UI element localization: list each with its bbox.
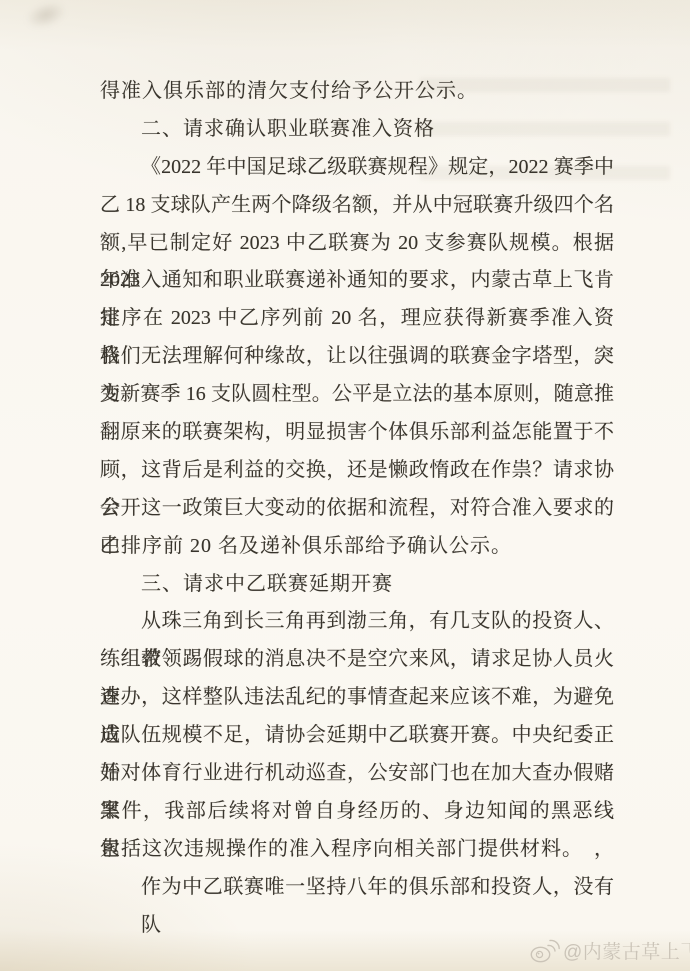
weibo-icon bbox=[529, 937, 560, 964]
text-line-20: 案件，我部后续将对曾自身经历的、身边知闻的黑恶线索， bbox=[100, 793, 614, 831]
text-line-16: 练组带领踢假球的消息决不是空穴来风，请求足协人员火速 bbox=[100, 641, 614, 679]
text-line-7: 排序在 2023 中乙序列前 20 名，理应获得新赛季准入资格。 bbox=[100, 300, 614, 338]
text-line-18: 成队伍规模不足，请协会延期中乙联赛开赛。中央纪委正开 bbox=[100, 717, 614, 755]
text-line-9: 为新赛季 16 支队圆柱型。公平是立法的基本原则，随意推 bbox=[100, 376, 614, 414]
document-text: 得准入俱乐部的清欠支付给予公开公示。二、请求确认职业联赛准入资格《2022 年中… bbox=[100, 73, 614, 907]
text-line-13: 乙排序前 20 名及递补俱乐部给予确认公示。 bbox=[100, 528, 614, 566]
text-line-2: 二、请求确认职业联赛准入资格 bbox=[100, 111, 614, 149]
text-line-11: 顾，这背后是利益的交换，还是懒政惰政在作祟？请求协会 bbox=[100, 452, 614, 490]
watermark: @内蒙古草上飞 bbox=[529, 934, 690, 966]
text-line-12: 公开这一政策巨大变动的依据和流程，对符合准入要求的中 bbox=[100, 490, 614, 528]
text-line-1: 得准入俱乐部的清欠支付给予公开公示。 bbox=[100, 73, 614, 111]
text-line-4: 乙 18 支球队产生两个降级名额，并从中冠联赛升级四个名 bbox=[100, 187, 614, 225]
text-line-17: 查办，这样整队违法乱纪的事情查起来应该不难，为避免造 bbox=[100, 679, 614, 717]
text-line-19: 始对体育行业进行机动巡查，公安部门也在加大查办假赌黑 bbox=[100, 755, 614, 793]
text-line-15: 从珠三角到长三角再到渤三角，有几支队的投资人、教 bbox=[100, 603, 614, 641]
text-line-21: 包括这次违规操作的准入程序向相关部门提供材料。 bbox=[100, 831, 614, 869]
text-line-14: 三、请求中乙联赛延期开赛 bbox=[100, 566, 614, 604]
text-line-3: 《2022 年中国足球乙级联赛规程》规定，2022 赛季中 bbox=[100, 149, 614, 187]
text-line-5: 额,早已制定好 2023 中乙联赛为 20 支参赛队规模。根据 2023 bbox=[100, 225, 614, 263]
text-line-6: 年准入通知和职业联赛递补通知的要求，内蒙古草上飞肯定 bbox=[100, 262, 614, 300]
watermark-text: @内蒙古草上飞 bbox=[563, 937, 690, 964]
text-line-22: 作为中乙联赛唯一坚持八年的俱乐部和投资人，没有队 bbox=[100, 869, 614, 907]
text-line-10: 翻原来的联赛架构，明显损害个体俱乐部利益怎能置于不 bbox=[100, 414, 614, 452]
text-line-8: 我们无法理解何种缘故，让以往强调的联赛金字塔型，突变 bbox=[100, 338, 614, 376]
